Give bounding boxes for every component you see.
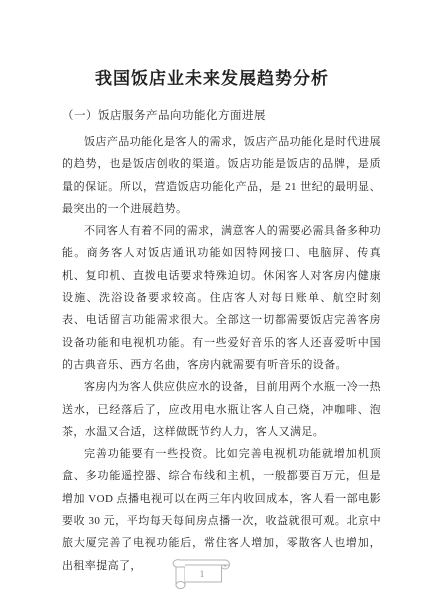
- paragraph: 饭店产品功能化是客人的需求，饭店产品功能化是时代进展的趋势，也是饭店创收的渠道。…: [62, 131, 381, 220]
- paragraph: 客房内为客人供应供应水的设备，目前用两个水瓶一冷一热送水，已经落后了，应改用电水…: [62, 376, 381, 443]
- page-number: 1: [200, 569, 205, 579]
- page-number-banner: 1: [166, 554, 238, 594]
- paragraph: 不同客人有着不同的需求，满意客人的需要必需具备多种功能。商务客人对饭店通讯功能如…: [62, 220, 381, 376]
- document-body: 饭店产品功能化是客人的需求，饭店产品功能化是时代进展的趋势，也是饭店创收的渠道。…: [62, 131, 381, 577]
- document-title: 我国饭店业未来发展趋势分析: [0, 64, 424, 89]
- horizontal-scroll-icon: 1: [166, 554, 238, 594]
- document-page: 我国饭店业未来发展趋势分析 （一）饭店服务产品向功能化方面进展 饭店产品功能化是…: [0, 0, 424, 600]
- section-heading: （一）饭店服务产品向功能化方面进展: [62, 107, 382, 123]
